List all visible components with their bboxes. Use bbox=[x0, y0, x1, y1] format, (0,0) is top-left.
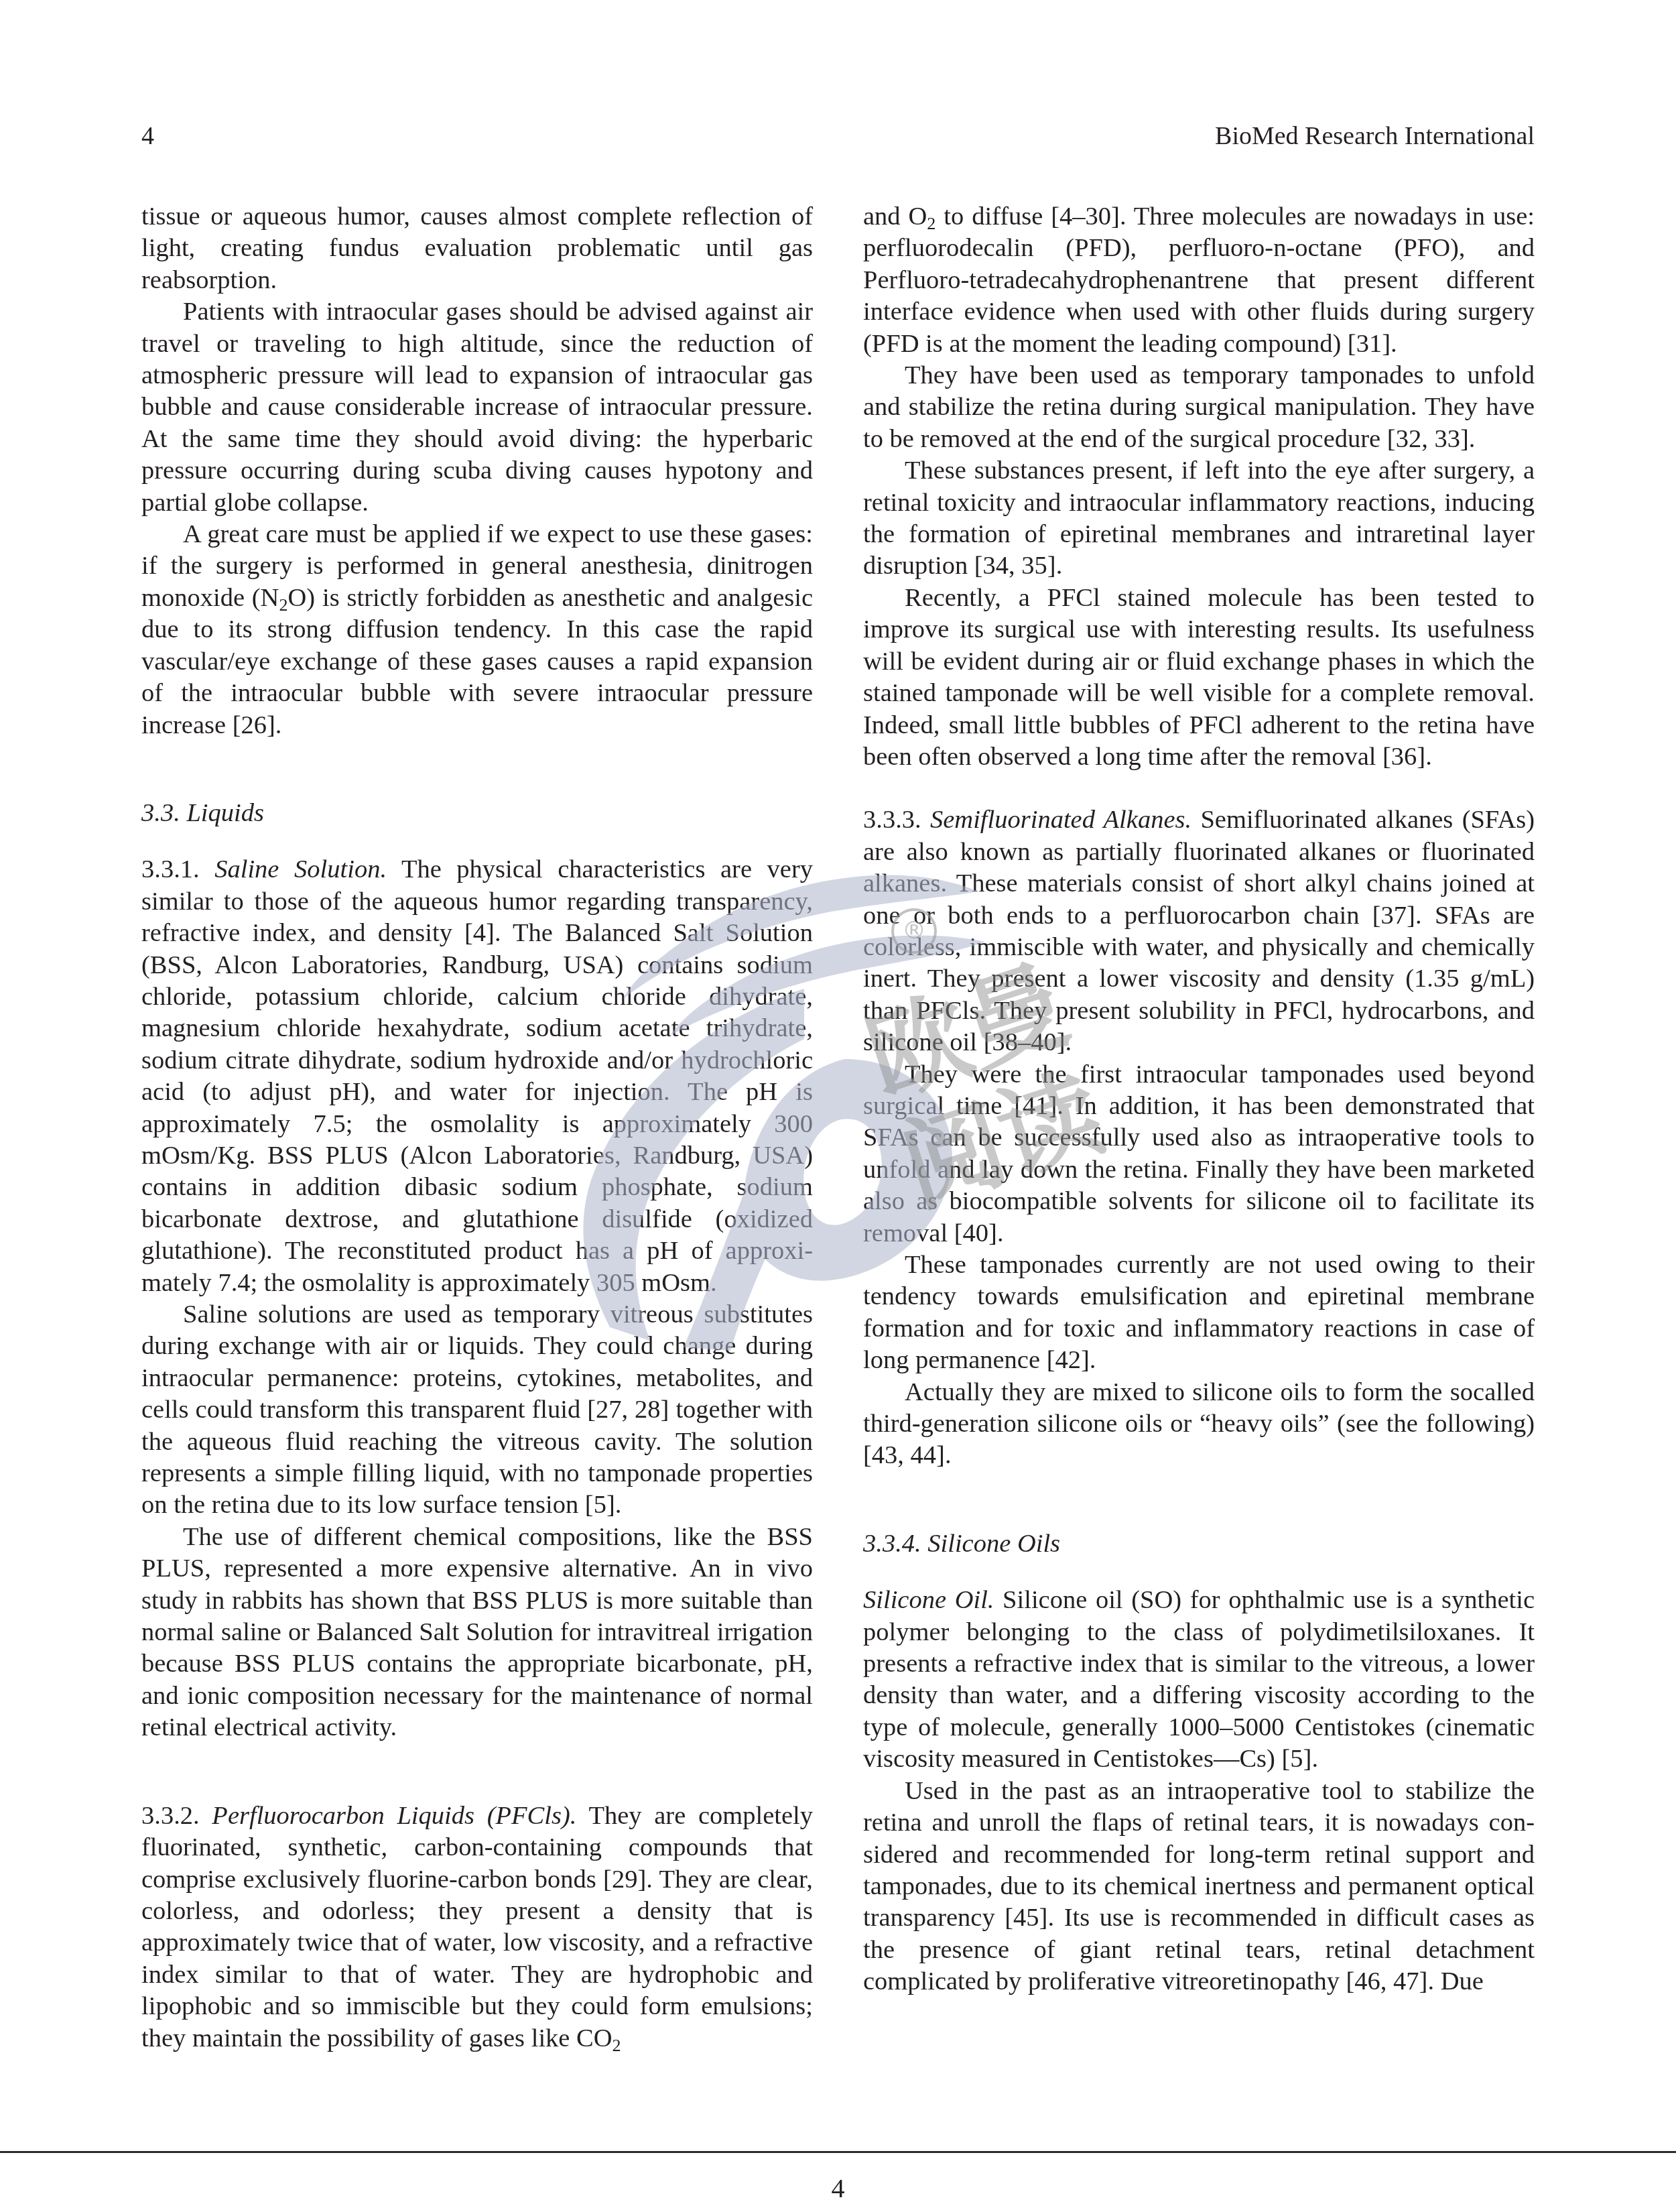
subsection-number: 3.3.1. bbox=[141, 855, 200, 883]
spacer bbox=[141, 741, 813, 773]
subsection-number: 3.3.2. bbox=[141, 1802, 200, 1830]
paragraph-silicone-usage: Used in the past as an intraoperative to… bbox=[863, 1776, 1535, 1998]
paragraph-pfcl: 3.3.2. Perfluorocarbon Liquids (PFCls). … bbox=[141, 1800, 813, 2054]
spacer bbox=[863, 1560, 1535, 1585]
footer-rule bbox=[0, 2151, 1676, 2153]
text-run: and O bbox=[863, 202, 927, 231]
left-column: tissue or aqueous humor, causes almost c… bbox=[141, 201, 813, 2054]
paragraph-sfa-heavy-oils: Actually they are mixed to silicone oils… bbox=[863, 1377, 1535, 1472]
paragraph-pfcl-tamponades: They have been used as temporary tampona… bbox=[863, 360, 1535, 455]
right-column: and O2 to diffuse [4–30]. Three molecule… bbox=[863, 201, 1535, 1998]
subscript: 2 bbox=[613, 2036, 621, 2055]
spacer bbox=[141, 1744, 813, 1776]
paragraph-saline-solution: 3.3.1. Saline Solution. The physical cha… bbox=[141, 854, 813, 1299]
text-run: to diffuse [4–30]. Three molecules are n… bbox=[863, 202, 1535, 358]
paragraph-gas-reflection: tissue or aqueous humor, causes almost c… bbox=[141, 201, 813, 296]
paragraph-bss-plus: The use of different chemical compositio… bbox=[141, 1522, 813, 1744]
header-page-number: 4 bbox=[141, 119, 154, 153]
paragraph-sfa-not-used: These tamponades currently are not used … bbox=[863, 1249, 1535, 1377]
paragraph-sfa: 3.3.3. Semifluorinated Alkanes. Semifluo… bbox=[863, 804, 1535, 1058]
text-run: The physical characteristics are very si… bbox=[141, 855, 813, 1296]
spacer bbox=[141, 829, 813, 854]
paragraph-saline-substitutes: Saline solutions are used as temporary v… bbox=[141, 1299, 813, 1522]
spacer bbox=[863, 773, 1535, 804]
running-head: 4 BioMed Research International bbox=[141, 119, 1535, 153]
spacer bbox=[863, 1503, 1535, 1528]
spacer bbox=[141, 1776, 813, 1800]
subsection-number: 3.3.3. bbox=[863, 806, 921, 834]
spacer bbox=[141, 773, 813, 798]
paragraph-n2o-anesthesia: A great care must be applied if we expec… bbox=[141, 519, 813, 741]
subsection-title-silicone: Silicone Oil. bbox=[863, 1586, 994, 1614]
paragraph-silicone-oil: Silicone Oil. Silicone oil (SO) for opht… bbox=[863, 1585, 1535, 1775]
text-run: They are completely fluorinated, synthet… bbox=[141, 1802, 813, 2052]
spacer bbox=[863, 1472, 1535, 1503]
paragraph-air-travel: Patients with intraocular gases should b… bbox=[141, 296, 813, 519]
subscript: 2 bbox=[279, 595, 287, 615]
subsection-title-sfa: Semifluorinated Alkanes. bbox=[930, 806, 1191, 834]
section-heading-liquids: 3.3. Liquids bbox=[141, 798, 813, 829]
section-heading-silicone-oils: 3.3.4. Silicone Oils bbox=[863, 1528, 1535, 1560]
paragraph-pfcl-toxicity: These substances present, if left into t… bbox=[863, 455, 1535, 582]
text-run: Semifluorinated alkanes (SFAs) are also … bbox=[863, 806, 1535, 1056]
journal-title: BioMed Research International bbox=[1215, 119, 1535, 153]
paragraph-sfa-first: They were the first intraocular tamponad… bbox=[863, 1059, 1535, 1249]
footer-page-number: 4 bbox=[0, 2172, 1676, 2205]
subscript: 2 bbox=[927, 214, 936, 233]
paragraph-pfcl-molecules: and O2 to diffuse [4–30]. Three molecule… bbox=[863, 201, 1535, 360]
subsection-title-pfcl: Perfluorocarbon Liquids (PFCls). bbox=[212, 1802, 576, 1830]
subsection-title-saline: Saline Solution. bbox=[214, 855, 387, 883]
paragraph-pfcl-stained: Recently, a PFCl stained molecule has be… bbox=[863, 582, 1535, 773]
